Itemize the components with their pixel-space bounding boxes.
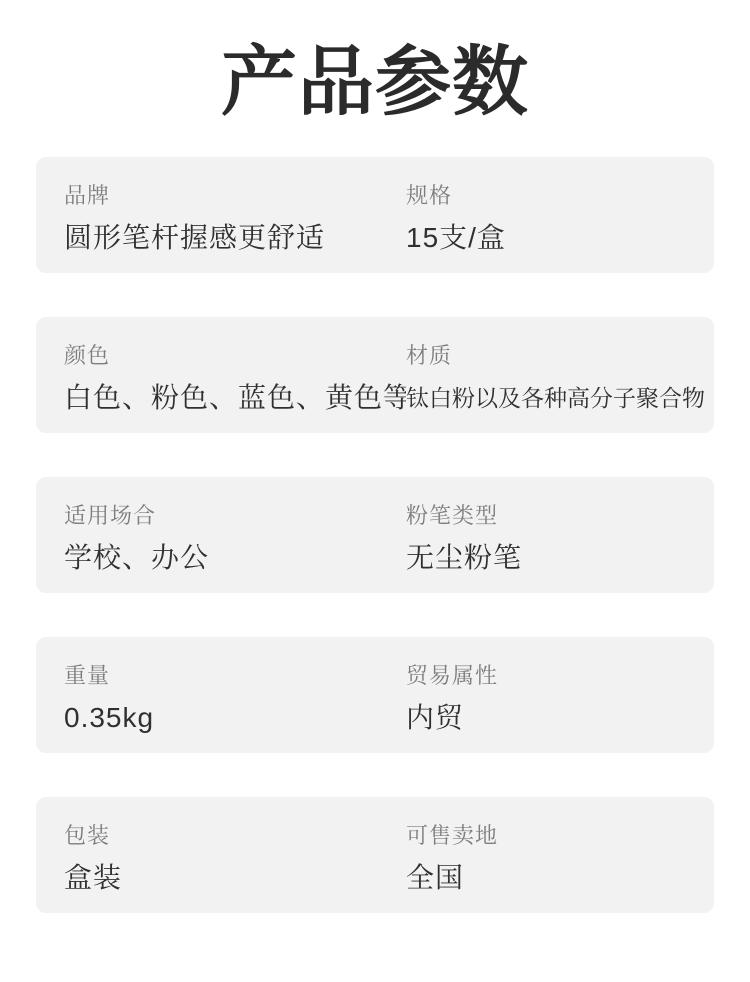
spec-cell-specification: 规格 15支/盒 <box>406 157 714 273</box>
spec-value: 0.35kg <box>64 703 406 733</box>
spec-value: 学校、办公 <box>64 543 406 573</box>
spec-cell-color: 颜色 白色、粉色、蓝色、黄色等 <box>36 317 406 433</box>
spec-cell-trade-attribute: 贸易属性 内贸 <box>406 637 714 753</box>
spec-value: 无尘粉笔 <box>406 543 710 573</box>
spec-value: 钛白粉以及各种高分子聚合物 <box>406 383 710 413</box>
spec-label: 规格 <box>406 184 710 208</box>
spec-value: 内贸 <box>406 703 710 733</box>
spec-cell-occasion: 适用场合 学校、办公 <box>36 477 406 593</box>
spec-label: 适用场合 <box>64 504 406 528</box>
spec-card-occasion-type: 适用场合 学校、办公 粉笔类型 无尘粉笔 <box>36 477 714 593</box>
spec-cell-material: 材质 钛白粉以及各种高分子聚合物 <box>406 317 714 433</box>
spec-cell-brand: 品牌 圆形笔杆握感更舒适 <box>36 157 406 273</box>
spec-cell-weight: 重量 0.35kg <box>36 637 406 753</box>
spec-label: 贸易属性 <box>406 664 710 688</box>
spec-cell-sale-area: 可售卖地 全国 <box>406 797 714 913</box>
page-title: 产品参数 <box>0 0 750 128</box>
spec-label: 包装 <box>64 824 406 848</box>
spec-value: 盒装 <box>64 863 406 893</box>
spec-label: 重量 <box>64 664 406 688</box>
spec-label: 颜色 <box>64 344 406 368</box>
spec-value: 15支/盒 <box>406 223 710 253</box>
spec-label: 材质 <box>406 344 710 368</box>
spec-card-weight-trade: 重量 0.35kg 贸易属性 内贸 <box>36 637 714 753</box>
spec-card-list: 品牌 圆形笔杆握感更舒适 规格 15支/盒 颜色 白色、粉色、蓝色、黄色等 材质… <box>0 157 750 913</box>
spec-label: 粉笔类型 <box>406 504 710 528</box>
spec-cell-package: 包装 盒装 <box>36 797 406 913</box>
spec-card-package-area: 包装 盒装 可售卖地 全国 <box>36 797 714 913</box>
spec-value: 圆形笔杆握感更舒适 <box>64 223 406 253</box>
spec-label: 可售卖地 <box>406 824 710 848</box>
spec-cell-chalk-type: 粉笔类型 无尘粉笔 <box>406 477 714 593</box>
spec-card-color-material: 颜色 白色、粉色、蓝色、黄色等 材质 钛白粉以及各种高分子聚合物 <box>36 317 714 433</box>
spec-label: 品牌 <box>64 184 406 208</box>
spec-value: 全国 <box>406 863 710 893</box>
spec-card-brand-spec: 品牌 圆形笔杆握感更舒适 规格 15支/盒 <box>36 157 714 273</box>
spec-value: 白色、粉色、蓝色、黄色等 <box>64 383 406 413</box>
